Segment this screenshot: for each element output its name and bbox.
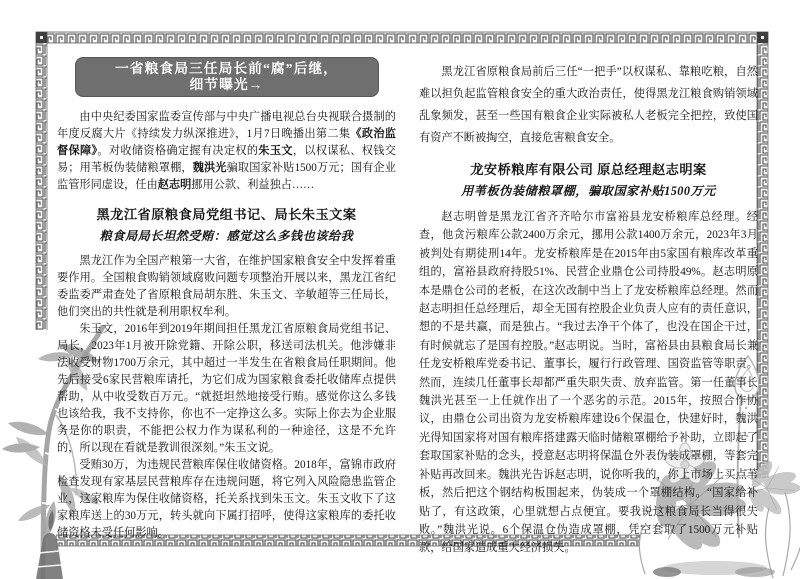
case2-paragraph: 赵志明曾是黑龙江省齐齐哈尔市富裕县龙安桥粮库总经理。经查，他贪污粮库公款2400…	[419, 208, 758, 558]
banner-title-line1: 一省粮食局三任局长前“腐”后继，	[76, 61, 378, 77]
article-title-banner: 一省粮食局三任局长前“腐”后继， 细节曝光→	[75, 57, 379, 97]
case1-paragraph: 黑龙江作为全国产粮第一大省，在维护国家粮食安全中发挥着重要作用。全国粮食购销领域…	[57, 253, 396, 321]
highlight-name-zhuyuwen: 朱玉文	[258, 145, 293, 157]
lead-paragraph: 黑龙江省原粮食局前后三任“一把手”以权谋私、靠粮吃粮，自然难以担负起监管粮食安全…	[419, 61, 758, 149]
banner-title-line2: 细节曝光→	[76, 77, 378, 93]
case2-subheading: 用苇板伪装储粮罩棚，骗取国家补贴1500万元	[419, 182, 758, 199]
left-column: 一省粮食局三任局长前“腐”后继， 细节曝光→ 由中央纪委国家监委宣传部与中央广播…	[57, 55, 396, 542]
intro-text: 挪用公款、利益独占……	[191, 179, 314, 191]
case1-paragraph: 受贿30万，为违规民营粮库保住收储资格。2018年，富锦市政府检查发现有家基层民…	[57, 457, 396, 542]
intro-text: 由中央纪委国家监委宣传部与中央广播电视总台央视联合摄制的年度反腐大片《持续发力纵…	[57, 111, 396, 140]
right-column: 黑龙江省原粮食局前后三任“一把手”以权谋私、靠粮吃粮，自然难以担负起监管粮食安全…	[419, 55, 758, 558]
case1-subheading: 粮食局局长坦然受贿：感觉这么多钱也该给我	[57, 227, 396, 244]
intro-text: 。对收储资格确定握有决定权的	[97, 145, 258, 157]
case1-paragraph: 朱玉文，2016年到2019年期间担任黑龙江省原粮食局党组书记、局长，2023年…	[57, 321, 396, 457]
intro-paragraph: 由中央纪委国家监委宣传部与中央广播电视总台央视联合摄制的年度反腐大片《持续发力纵…	[57, 109, 396, 194]
document-page: { "colors": { "banner_bg": "#6f6f6f", "b…	[0, 0, 800, 579]
highlight-name-weihongguang: 魏洪光	[193, 162, 227, 174]
case1-heading: 黑龙江省原粮食局党组书记、局长朱玉文案	[57, 204, 396, 223]
case2-heading: 龙安桥粮库有限公司 原总经理赵志明案	[419, 159, 758, 178]
highlight-name-zhaozhiming: 赵志明	[158, 179, 192, 191]
